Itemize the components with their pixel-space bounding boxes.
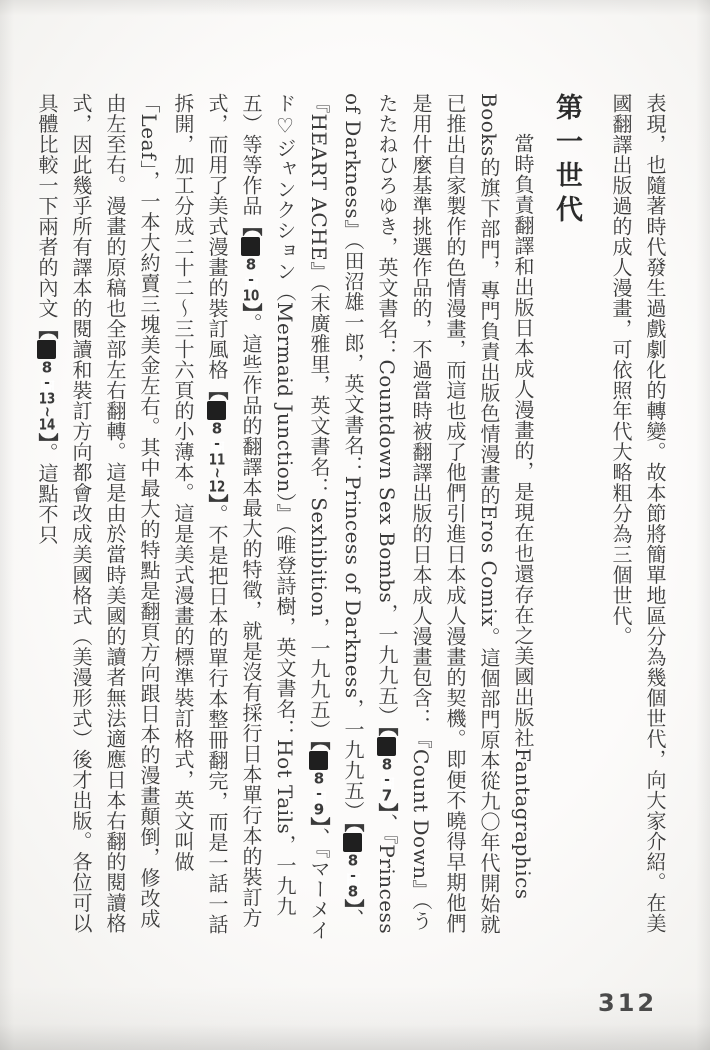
latin-title: Mermaid Junction [273, 302, 297, 493]
section-heading: 第一世代 [544, 93, 588, 941]
figure-reference: 【圖8-9】 [307, 740, 331, 827]
text-block: 表現，也隨著時代發生過戲劇化的轉變。故本節將簡單地區分為幾個世代，向大家介紹。在… [62, 93, 672, 941]
latin-title: Hot Tails [273, 739, 297, 834]
latin-title: Sexhibition [307, 497, 331, 617]
intro-paragraph: 表現，也隨著時代發生過戲劇化的轉變。故本節將簡單地區分為幾個世代，向大家介紹。在… [604, 93, 672, 941]
figure-icon: 圖 [343, 833, 362, 852]
figure-reference: 【圖8-10】 [239, 216, 263, 313]
figure-icon: 圖 [377, 737, 396, 756]
figure-reference: 【圖8-13~14】 [35, 319, 59, 443]
latin-title: Eros Comix [477, 505, 501, 627]
figure-reference: 【圖8-11~12】 [205, 380, 229, 504]
latin-title: Count Down [409, 749, 433, 880]
latin-title: Princess of Darkness [341, 476, 365, 699]
figure-icon: 圖 [241, 237, 260, 256]
latin-title: Fantagraphics Books [477, 93, 535, 900]
figure-reference: 【圖8-7】 [375, 726, 399, 813]
heart-symbol: ♡ [273, 114, 297, 139]
figure-icon: 圖 [207, 401, 226, 420]
figure-icon: 圖 [37, 340, 56, 359]
book-page: 表現，也隨著時代發生過戲劇化的轉變。故本節將簡單地區分為幾個世代，向大家介紹。在… [0, 0, 710, 1050]
latin-title: Leaf [137, 114, 161, 160]
latin-title: Countdown Sex Bombs [375, 360, 399, 604]
latin-title: HEART ACHE [307, 114, 331, 262]
figure-icon: 圖 [309, 751, 328, 770]
figure-reference: 【圖8-8】 [341, 822, 365, 909]
page-number: 312 [598, 989, 657, 1017]
body-paragraph: 當時負責翻譯和出版日本成人漫畫的，是現在也還存在之美國出版社Fantagraph… [30, 93, 540, 941]
